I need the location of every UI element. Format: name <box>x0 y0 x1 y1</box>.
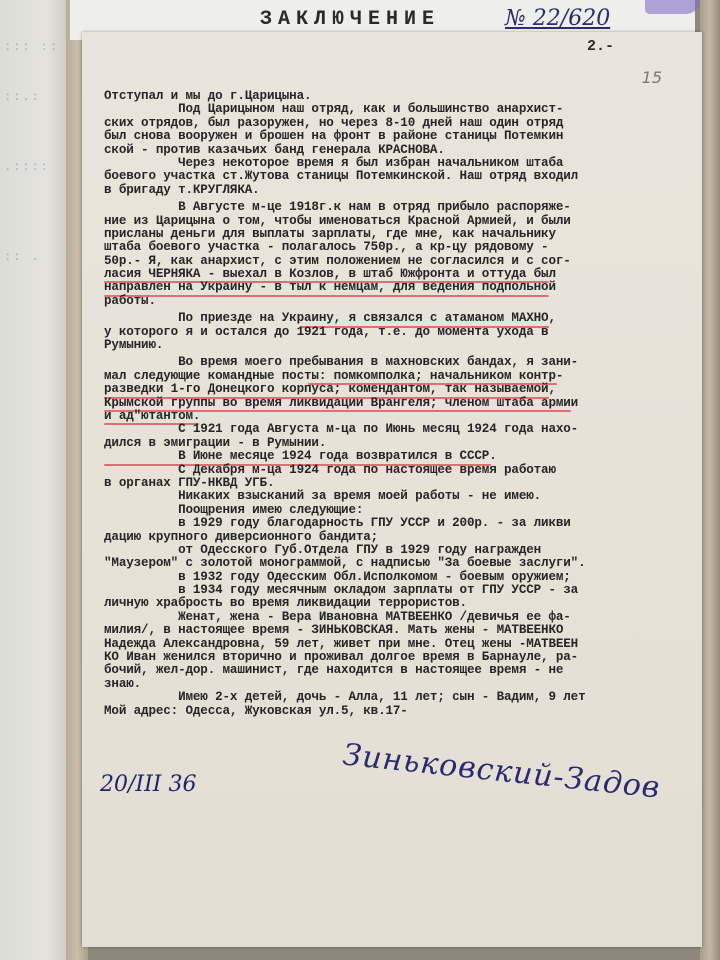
text-line: ласия ЧЕРНЯКА - выехал в Козлов, в штаб … <box>104 268 694 281</box>
text-line: в 1929 году благодарность ГПУ УССР и 200… <box>104 517 694 530</box>
text-line: в 1932 году Одесским Обл.Исполкомом - бо… <box>104 571 694 584</box>
text-line: Женат, жена - Вера Ивановна МАТВЕЕНКО /д… <box>104 611 694 624</box>
text-line: "Маузером" с золотой монограммой, с надп… <box>104 557 694 570</box>
signature: Зиньковский-Задов <box>341 737 662 805</box>
binder-edge <box>700 0 720 960</box>
text-line: Никаких взысканий за время моей работы -… <box>104 490 694 503</box>
text-line: дился в эмиграции - в Румынии. <box>104 437 694 450</box>
bleed-through-text: ::: :: <box>4 40 59 54</box>
ink-stamp-mark <box>645 0 700 14</box>
text-line: Во время моего пребывания в махновских б… <box>104 356 694 369</box>
text-line: Надежда Александровна, 59 лет, живет при… <box>104 638 694 651</box>
bleed-through-text: ::.: <box>4 90 41 104</box>
text-line: и ад"ютантом. <box>104 410 694 423</box>
page-number: 2.- <box>587 38 614 55</box>
handwritten-date: 20/III 36 <box>100 772 196 797</box>
text-line: Мой адрес: Одесса, Жуковская ул.5, кв.17… <box>104 705 694 718</box>
text-line: знаю. <box>104 678 694 691</box>
typewritten-body: Отступал и мы до г.Царицына. Под Царицын… <box>104 90 694 718</box>
text-line: работы. <box>104 295 694 308</box>
text-line: В Августе м-це 1918г.к нам в отряд прибы… <box>104 201 694 214</box>
text-line: разведки 1-го Донецкого корпуса; коменда… <box>104 383 694 396</box>
text-line: Имею 2-х детей, дочь - Алла, 11 лет; сын… <box>104 691 694 704</box>
document-page: 2.- 15 Отступал и мы до г.Царицына. Под … <box>82 32 702 947</box>
text-line: По приезде на Украину, я связался с атам… <box>104 312 694 325</box>
text-line: ние из Царицына о том, чтобы именоваться… <box>104 215 694 228</box>
text-line: мал следующие командные посты: помкомпол… <box>104 370 694 383</box>
text-line: бочий, жел-дор. машинист, где находится … <box>104 664 694 677</box>
text-line: штаба боевого участка - полагалось 750р.… <box>104 241 694 254</box>
text-line: Румынию. <box>104 339 694 352</box>
underlying-sheet-number: № 22/620 <box>505 6 610 31</box>
text-line: Крымской группы во время ликвидации Вран… <box>104 397 694 410</box>
text-line: Под Царицыном наш отряд, как и большинст… <box>104 103 694 116</box>
pencil-folio-number: 15 <box>642 68 662 87</box>
text-line: С 1921 года Августа м-ца по Июнь месяц 1… <box>104 423 694 436</box>
text-line: личную храбрость во время ликвидации тер… <box>104 597 694 610</box>
text-line: у которого я и остался до 1921 года, т.е… <box>104 326 694 339</box>
previous-page-edge: ::: :: ::.: .:::: :: . <box>0 0 66 960</box>
text-line: С Декабря м-ца 1924 года по настоящее вр… <box>104 464 694 477</box>
text-line: был снова вооружен и брошен на фронт в р… <box>104 130 694 143</box>
text-line: В Июне месяце 1924 года возвратился в СС… <box>104 450 694 463</box>
text-line: дацию крупного диверсионного бандита; <box>104 531 694 544</box>
underlying-sheet-title: ЗАКЛЮЧЕНИЕ <box>260 8 440 31</box>
text-line: направлен на Украину - в тыл к немцам, д… <box>104 281 694 294</box>
bleed-through-text: :: . <box>4 250 41 264</box>
bleed-through-text: .:::: <box>4 160 50 174</box>
text-line: ской - против казачьих банд генерала КРА… <box>104 144 694 157</box>
text-line: милия/, в настоящее время - ЗИНЬКОВСКАЯ.… <box>104 624 694 637</box>
text-line: боевого участка ст.Жутова станицы Потемк… <box>104 170 694 183</box>
text-line: в бригаду т.КРУГЛЯКА. <box>104 184 694 197</box>
